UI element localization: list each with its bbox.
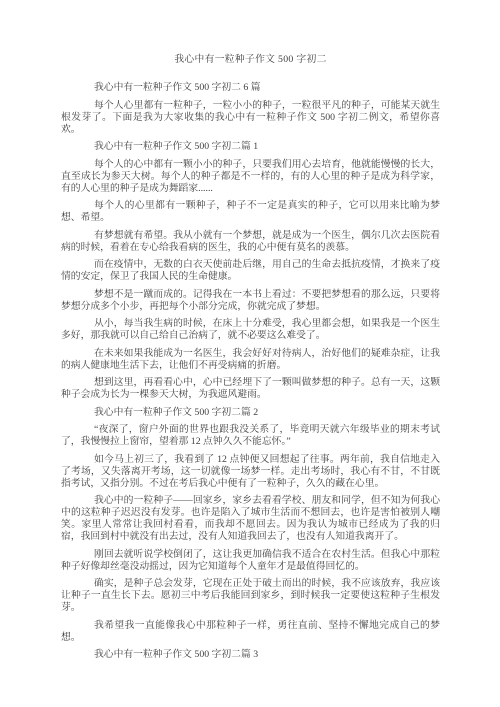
paragraph: 梦想不是一蹴而成的。记得我在一本书上看过：不要把梦想看的那么远，只要将梦想分成多…: [61, 289, 440, 313]
paragraph: 刚回去就听说学校倒闭了，这让我更加确信我不适合在农村生活。但我心中那粒种子好像却…: [61, 549, 440, 573]
paragraph: 确实，是种子总会发芽，它现在正处于破土而出的时候，我不应该放弃，我应该让种子一直…: [61, 578, 440, 614]
document-body: 我心中有一粒种子作文 500 字初二 6 篇每个人心里都有一粒种子，一粒小小的种…: [61, 82, 440, 661]
paragraph: 每个人的心里都有一颗种子，种子不一定是真实的种子，它可以用来比喻为梦想、希望。: [61, 200, 440, 224]
document-title: 我心中有一粒种子作文 500 字初二: [61, 54, 440, 66]
paragraph: 想到这里，再看看心中，心中已经埋下了一颗叫做梦想的种子。总有一天，这颗种子会成为…: [61, 377, 440, 401]
section-label: 我心中有一粒种子作文 500 字初二篇 1: [61, 141, 440, 153]
section-label: 我心中有一粒种子作文 500 字初二篇 3: [61, 649, 440, 661]
paragraph: 我心中的一粒种子——回家乡，家乡去看看学校、朋友和同学，但不知为何我心中的这粒种…: [61, 495, 440, 543]
paragraph: 而在疫情中，无数的白衣天使前赴后继，用自己的生命去抵抗疫情，才换来了疫情的安定，…: [61, 259, 440, 283]
paragraph: 我希望我一直能像我心中那粒种子一样，勇往直前、坚持不懈地完成自己的梦想。: [61, 620, 440, 644]
section-label: 我心中有一粒种子作文 500 字初二篇 2: [61, 407, 440, 419]
paragraph: 每个人心里都有一粒种子，一粒小小的种子，一粒很平凡的种子，可能某天就生根发芽了。…: [61, 100, 440, 136]
paragraph: “夜深了，窗户外面的世界也跟我没关系了，毕竟明天就六年级毕业的期末考试了，我慢慢…: [61, 424, 440, 448]
paragraph: 从小，每当我生病的时候，在床上十分难受，我心里都会想，如果我是一个医生多好，那我…: [61, 318, 440, 342]
section-label: 我心中有一粒种子作文 500 字初二 6 篇: [61, 82, 440, 94]
paragraph: 在未来如果我能成为一名医生，我会好好对待病人，治好他们的疑难杂症，让我的病人健康…: [61, 348, 440, 372]
paragraph: 如今马上初三了，我看到了 12 点钟便又回想起了往事。两年前，我自信地走入了考场…: [61, 454, 440, 490]
document-page: 我心中有一粒种子作文 500 字初二 我心中有一粒种子作文 500 字初二 6 …: [0, 0, 500, 707]
paragraph: 有梦想就有希望。我从小就有一个梦想，就是成为一个医生，偶尔几次去医院看病的时候，…: [61, 230, 440, 254]
paragraph: 每个人的心中都有一颗小小的种子，只要我们用心去培育，他就能慢慢的长大，直至成长为…: [61, 159, 440, 195]
